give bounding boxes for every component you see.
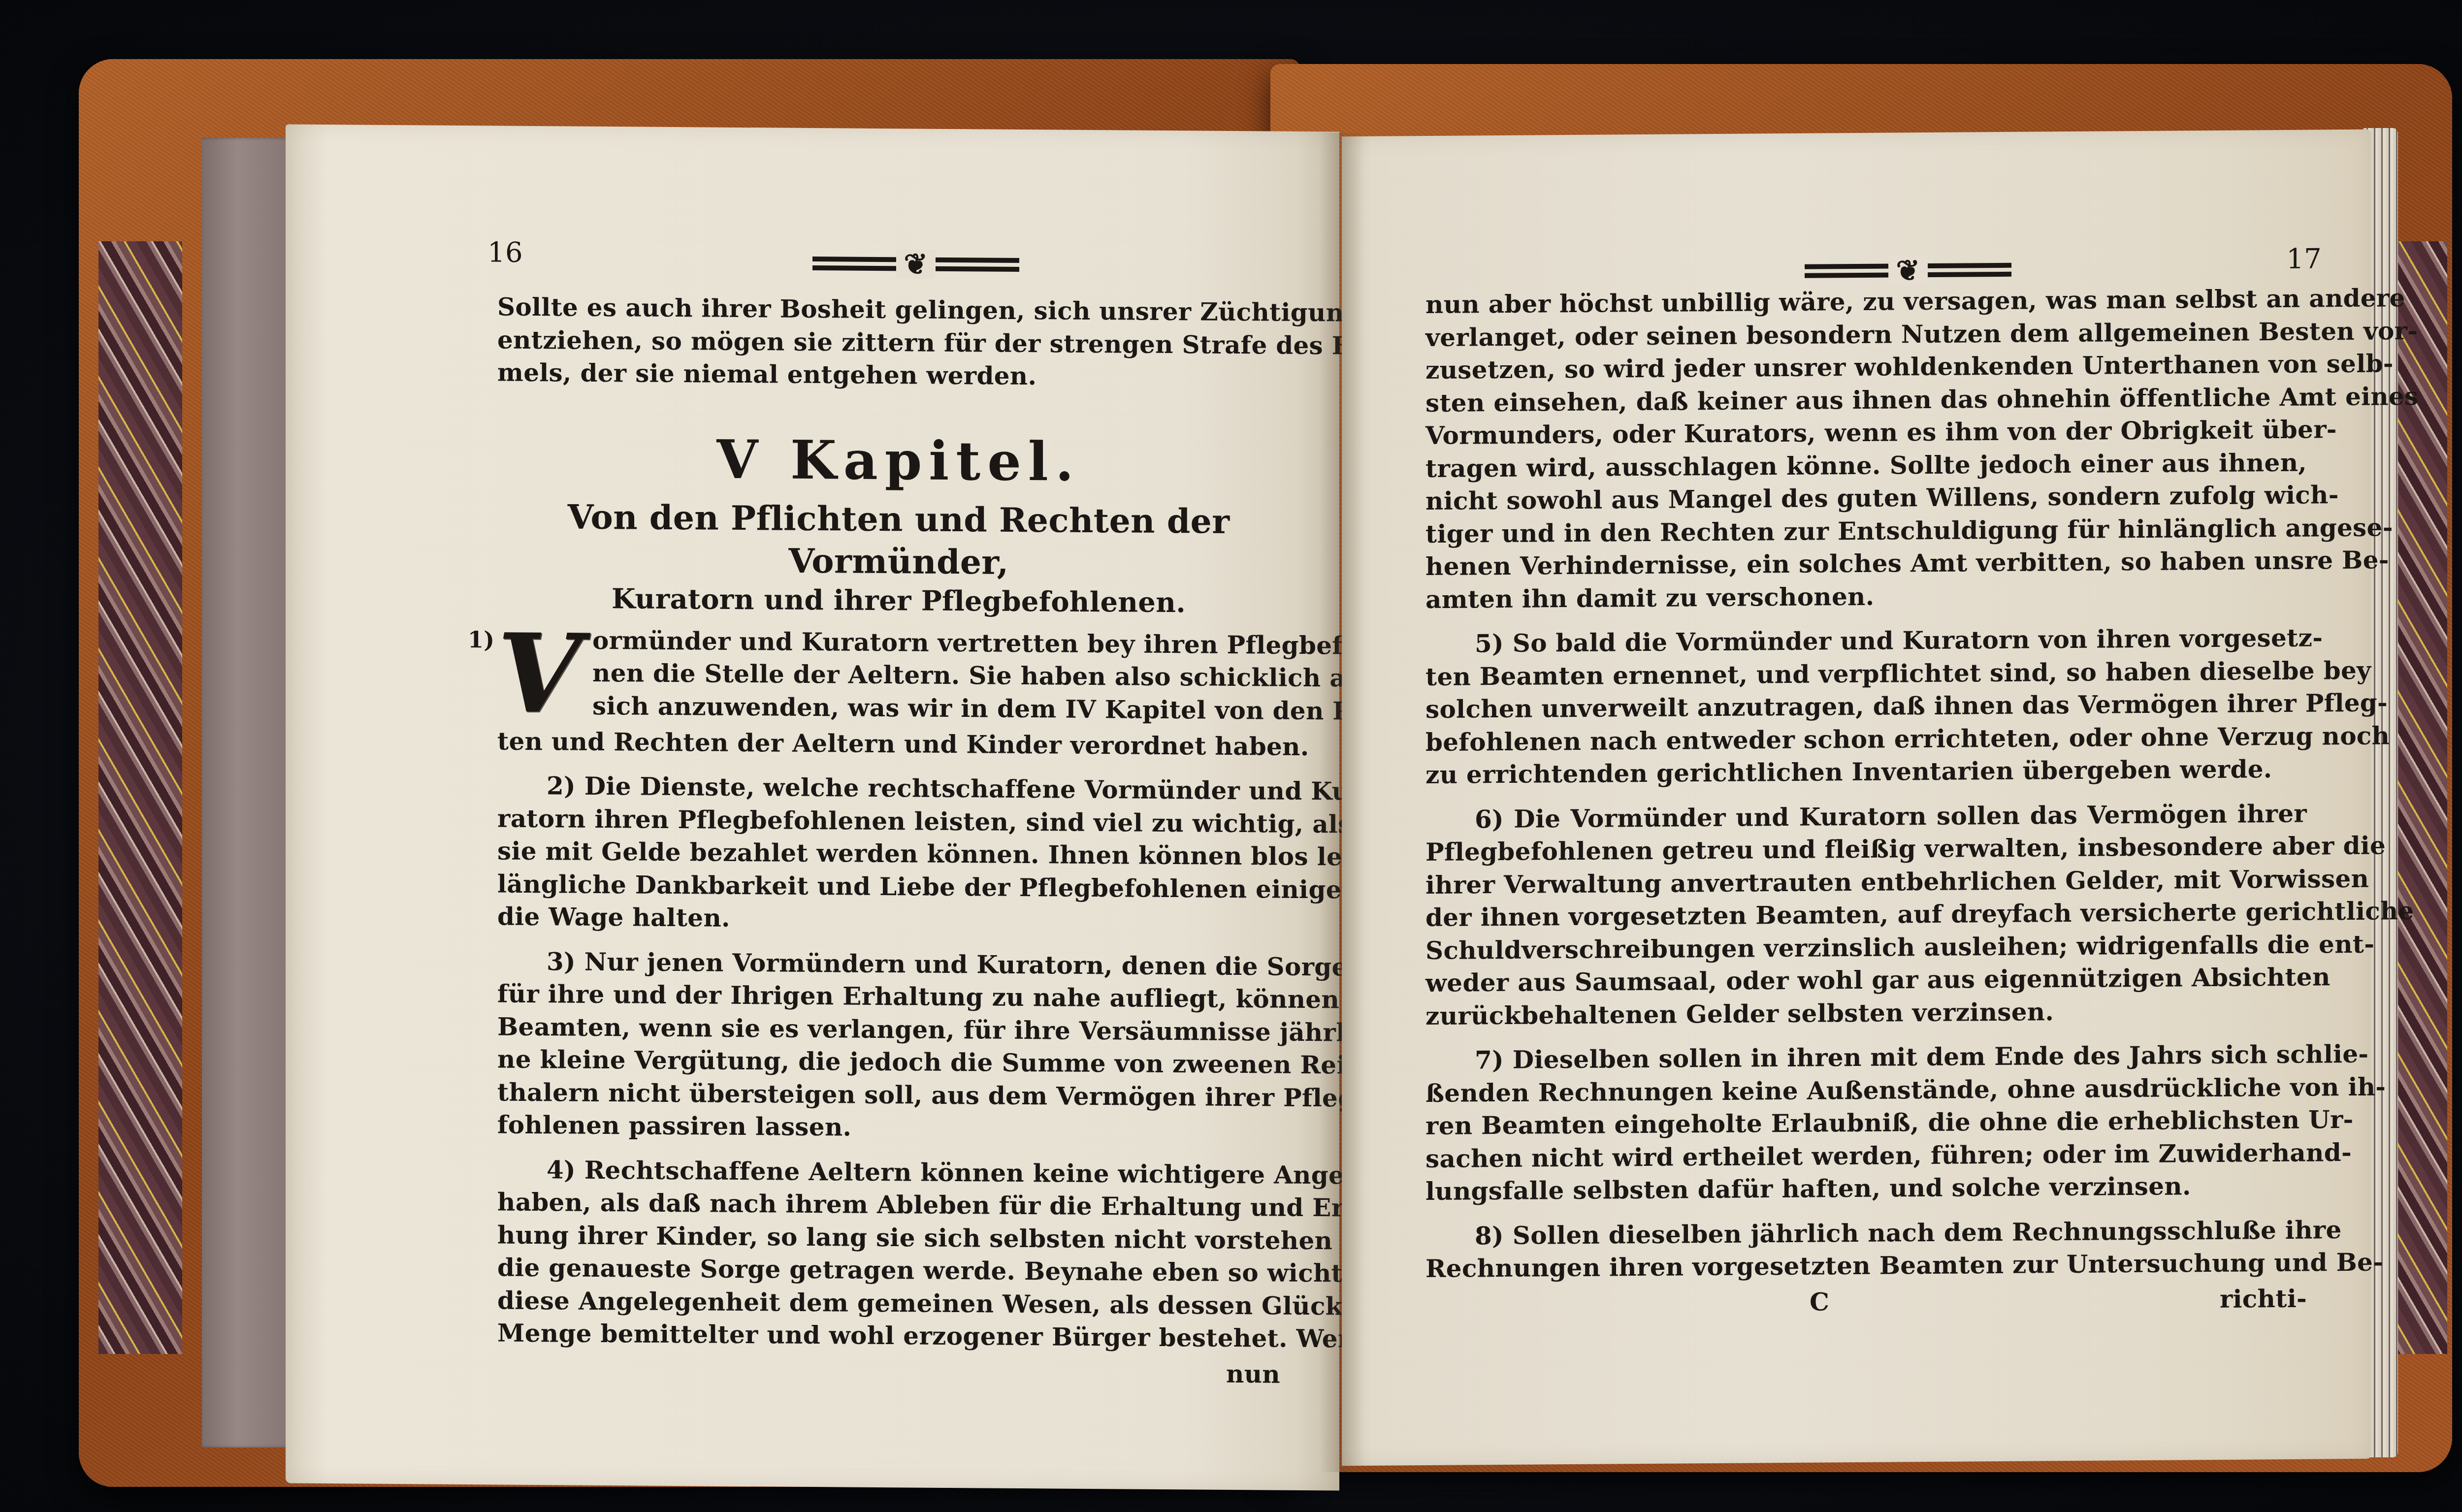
section-5: 5) So bald die Vormünder und Kuratorn vo… [1425,622,2307,792]
section-7: 7) Dieselben sollen in ihren mit dem End… [1425,1038,2307,1208]
section-3: 3) Nur jenen Vormündern und Kuratorn, de… [497,945,1300,1147]
chapter-subtitle: Von den Pflichten und Rechten der Vormün… [497,495,1300,585]
running-head-right: ❦ 17 [1425,214,2307,289]
continuation-paragraph: nun aber höchst unbillig wäre, zu versag… [1425,283,2307,616]
drop-cap: V [497,626,582,725]
section-4: 4) Rechtschaffene Aeltern können keine w… [497,1153,1300,1355]
footer-left: nun [497,1352,1300,1392]
open-book: 16 ❦ Sollte es auch ihrer Bosheit geling… [79,54,2442,1507]
marbled-board-left [98,241,182,1354]
chapter-title: V Kapitel. [497,423,1300,498]
spine-cloth-strip [202,138,291,1448]
running-head-left: 16 ❦ [497,222,1300,296]
footer-right: C richti- [1425,1282,2307,1322]
page-number: 16 [487,236,523,269]
head-ornament-icon: ❦ [812,249,1019,280]
section-8: 8) Sollen dieselben jährlich nach dem Re… [1425,1214,2307,1285]
head-ornament-icon: ❦ [1805,255,2011,286]
section-2: 2) Die Dienste, welche rechtschaffene Vo… [497,770,1300,939]
intro-paragraph: Sollte es auch ihrer Bosheit gelingen, s… [497,291,1300,395]
section-number: 1) [468,623,494,656]
section-6: 6) Die Vormünder und Kuratorn sollen das… [1425,797,2307,1032]
section-1: 1) V ormünder und Kuratorn vertretten be… [497,623,1300,763]
chapter-subtitle-2: Kuratorn und ihrer Pflegbefohlenen. [497,580,1300,621]
chapter-heading: V Kapitel. Von den Pflichten und Rechten… [497,423,1300,621]
left-page: 16 ❦ Sollte es auch ihrer Bosheit geling… [286,125,1339,1491]
right-page: ❦ 17 nun aber höchst unbillig wäre, zu v… [1342,129,2371,1466]
page-number: 17 [2286,243,2322,276]
catchword: nun [1226,1357,1280,1390]
catchword: richti- [2220,1282,2307,1316]
signature-mark: C [1810,1286,1829,1319]
